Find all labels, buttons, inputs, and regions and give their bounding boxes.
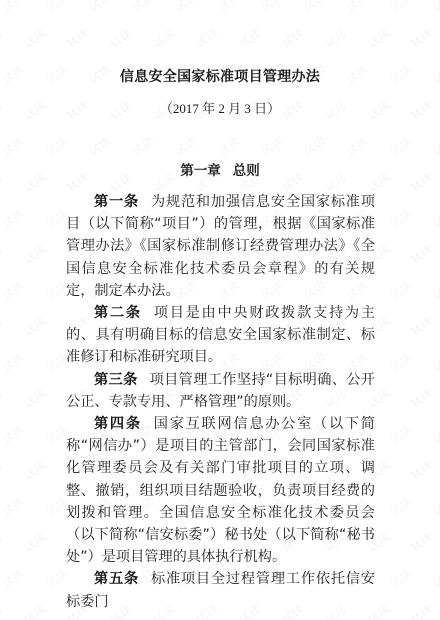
document-date: （2017 年 2 月 3 日）: [0, 98, 440, 117]
document-title: 信息安全国家标准项目管理办法: [0, 66, 440, 86]
chapter-heading: 第一章总则: [0, 159, 440, 179]
article-number: 第一条: [94, 194, 139, 210]
document-body: 第一条为规范和加强信息安全国家标准项目（以下简称“项目”）的管理，根据《国家标准…: [66, 191, 375, 613]
article-1: 第一条为规范和加强信息安全国家标准项目（以下简称“项目”）的管理，根据《国家标准…: [66, 191, 375, 302]
article-number: 第四条: [94, 416, 142, 432]
chapter-title: 总则: [233, 163, 260, 179]
article-3: 第三条项目管理工作坚持“目标明确、公开公正、专款专用、严格管理”的原则。: [66, 369, 375, 413]
article-4: 第四条国家互联网信息办公室（以下简称“网信办”）是项目的主管部门，会同国家标准化…: [66, 413, 375, 568]
article-number: 第三条: [94, 372, 138, 388]
chapter-number: 第一章: [180, 163, 221, 179]
article-2: 第二条项目是由中央财政拨款支持为主的、具有明确目标的信息安全国家标准制定、标准修…: [66, 302, 375, 369]
article-5: 第五条标准项目全过程管理工作依托信安标委门: [66, 568, 375, 612]
article-number: 第五条: [94, 571, 139, 587]
article-number: 第二条: [94, 305, 142, 321]
article-text: 国家互联网信息办公室（以下简称“网信办”）是项目的主管部门，会同国家标准化管理委…: [66, 416, 375, 565]
document-page: 信息安全国家标准项目管理办法 （2017 年 2 月 3 日） 第一章总则 第一…: [0, 0, 440, 620]
